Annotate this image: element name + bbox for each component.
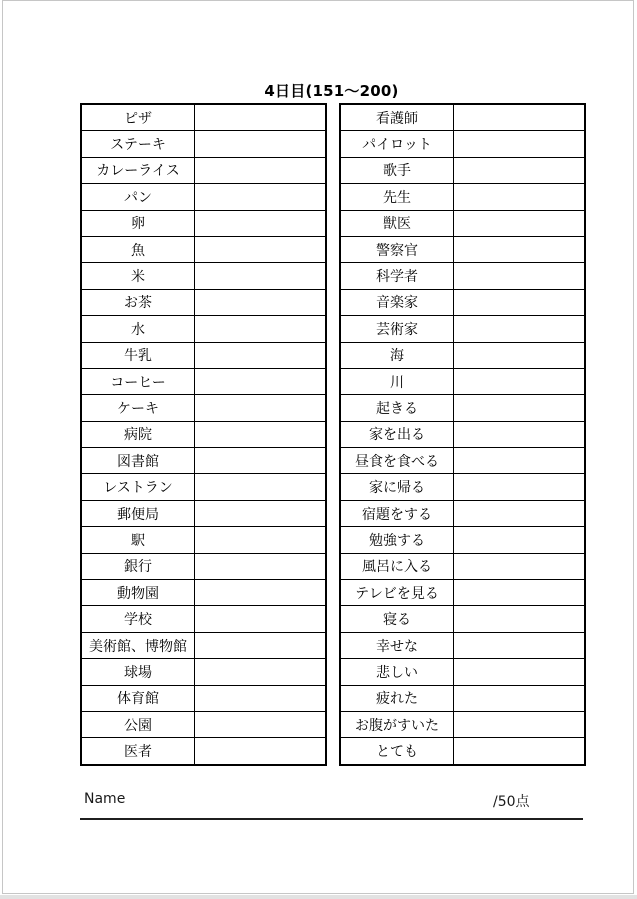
table-row: 歌手 [340,157,585,183]
word-cell: 駅 [81,527,195,553]
word-cell: 球場 [81,659,195,685]
answer-cell [454,606,586,632]
page-title: 4日目(151～200) [80,80,583,101]
answer-cell [195,368,327,394]
table-row: 体育館 [81,685,326,711]
answer-cell [454,738,586,765]
answer-cell [454,104,586,131]
table-row: 動物園 [81,580,326,606]
word-cell: 家を出る [340,421,454,447]
table-row: レストラン [81,474,326,500]
table-row: 科学者 [340,263,585,289]
word-cell: 病院 [81,421,195,447]
answer-cell [195,738,327,765]
word-cell: 先生 [340,184,454,210]
table-row: 芸術家 [340,316,585,342]
table-row: コーヒー [81,368,326,394]
word-cell: 卵 [81,210,195,236]
table-row: 水 [81,316,326,342]
word-cell: 警察官 [340,236,454,262]
answer-cell [195,289,327,315]
answer-cell [195,210,327,236]
table-row: 公園 [81,711,326,737]
vocab-table-right: 看護師パイロット歌手先生獣医警察官科学者音楽家芸術家海川起きる家を出る昼食を食べ… [339,103,586,766]
table-row: お茶 [81,289,326,315]
answer-cell [195,685,327,711]
answer-cell [454,263,586,289]
answer-cell [454,500,586,526]
table-row: 家を出る [340,421,585,447]
word-cell: レストラン [81,474,195,500]
word-cell: 米 [81,263,195,289]
word-cell: パイロット [340,131,454,157]
answer-cell [195,659,327,685]
answer-cell [195,421,327,447]
answer-cell [195,580,327,606]
answer-cell [454,316,586,342]
table-row: 勉強する [340,527,585,553]
table-row: 図書館 [81,448,326,474]
answer-cell [195,184,327,210]
answer-cell [454,368,586,394]
answer-cell [454,685,586,711]
word-cell: 家に帰る [340,474,454,500]
vocab-table-left: ピザステーキカレーライスパン卵魚米お茶水牛乳コーヒーケーキ病院図書館レストラン郵… [80,103,327,766]
answer-cell [454,184,586,210]
table-row: カレーライス [81,157,326,183]
answer-cell [195,711,327,737]
answer-cell [454,553,586,579]
word-cell: 寝る [340,606,454,632]
answer-cell [454,580,586,606]
table-row: 駅 [81,527,326,553]
answer-cell [195,263,327,289]
word-cell: 風呂に入る [340,553,454,579]
table-row: テレビを見る [340,580,585,606]
word-cell: 宿題をする [340,500,454,526]
table-row: ピザ [81,104,326,131]
answer-cell [195,606,327,632]
word-cell: 悲しい [340,659,454,685]
answer-cell [195,342,327,368]
answer-cell [195,236,327,262]
word-cell: 郵便局 [81,500,195,526]
word-cell: パン [81,184,195,210]
table-row: とても [340,738,585,765]
word-cell: 歌手 [340,157,454,183]
table-row: 魚 [81,236,326,262]
table-row: 球場 [81,659,326,685]
table-row: ケーキ [81,395,326,421]
word-cell: 水 [81,316,195,342]
name-label: Name [84,791,125,807]
word-cell: カレーライス [81,157,195,183]
table-row: パン [81,184,326,210]
answer-cell [195,527,327,553]
answer-cell [454,448,586,474]
word-cell: お茶 [81,289,195,315]
answer-cell [195,553,327,579]
table-row: 卵 [81,210,326,236]
table-row: 米 [81,263,326,289]
page-edge-strip [0,895,637,899]
word-cell: 看護師 [340,104,454,131]
word-cell: 牛乳 [81,342,195,368]
table-row: 牛乳 [81,342,326,368]
answer-cell [454,421,586,447]
word-cell: 勉強する [340,527,454,553]
word-cell: 医者 [81,738,195,765]
answer-cell [195,395,327,421]
answer-cell [454,474,586,500]
table-row: 病院 [81,421,326,447]
answer-cell [454,711,586,737]
table-row: 宿題をする [340,500,585,526]
answer-cell [195,316,327,342]
answer-cell [454,236,586,262]
word-cell: とても [340,738,454,765]
answer-cell [454,210,586,236]
word-cell: 音楽家 [340,289,454,315]
answer-cell [195,500,327,526]
word-cell: ステーキ [81,131,195,157]
answer-cell [454,157,586,183]
table-row: 風呂に入る [340,553,585,579]
answer-cell [454,342,586,368]
answer-cell [454,527,586,553]
word-cell: 昼食を食べる [340,448,454,474]
word-cell: ピザ [81,104,195,131]
table-row: 家に帰る [340,474,585,500]
table-row: 昼食を食べる [340,448,585,474]
word-cell: 海 [340,342,454,368]
word-cell: 科学者 [340,263,454,289]
answer-cell [454,632,586,658]
table-row: 幸せな [340,632,585,658]
word-cell: お腹がすいた [340,711,454,737]
table-row: 学校 [81,606,326,632]
table-row: 先生 [340,184,585,210]
answer-cell [454,131,586,157]
word-cell: 魚 [81,236,195,262]
word-cell: 銀行 [81,553,195,579]
table-row: 海 [340,342,585,368]
name-underline [80,818,583,820]
score-label: /50点 [493,791,583,811]
answer-cell [195,448,327,474]
word-cell: 芸術家 [340,316,454,342]
word-cell: 図書館 [81,448,195,474]
word-cell: テレビを見る [340,580,454,606]
word-cell: 美術館、博物館 [81,632,195,658]
answer-cell [454,659,586,685]
answer-cell [195,104,327,131]
word-cell: 川 [340,368,454,394]
word-cell: 体育館 [81,685,195,711]
answer-cell [195,131,327,157]
answer-cell [195,157,327,183]
table-row: お腹がすいた [340,711,585,737]
table-row: 疲れた [340,685,585,711]
word-cell: 幸せな [340,632,454,658]
table-row: 川 [340,368,585,394]
table-row: 悲しい [340,659,585,685]
table-row: ステーキ [81,131,326,157]
table-row: 銀行 [81,553,326,579]
word-cell: ケーキ [81,395,195,421]
word-cell: 公園 [81,711,195,737]
answer-cell [195,474,327,500]
word-cell: 起きる [340,395,454,421]
word-cell: 学校 [81,606,195,632]
word-cell: コーヒー [81,368,195,394]
table-row: パイロット [340,131,585,157]
table-row: 警察官 [340,236,585,262]
table-row: 音楽家 [340,289,585,315]
word-cell: 疲れた [340,685,454,711]
table-row: 郵便局 [81,500,326,526]
table-row: 美術館、博物館 [81,632,326,658]
table-row: 寝る [340,606,585,632]
answer-cell [195,632,327,658]
answer-cell [454,289,586,315]
table-row: 起きる [340,395,585,421]
table-row: 獣医 [340,210,585,236]
table-row: 医者 [81,738,326,765]
word-cell: 獣医 [340,210,454,236]
word-cell: 動物園 [81,580,195,606]
table-row: 看護師 [340,104,585,131]
answer-cell [454,395,586,421]
